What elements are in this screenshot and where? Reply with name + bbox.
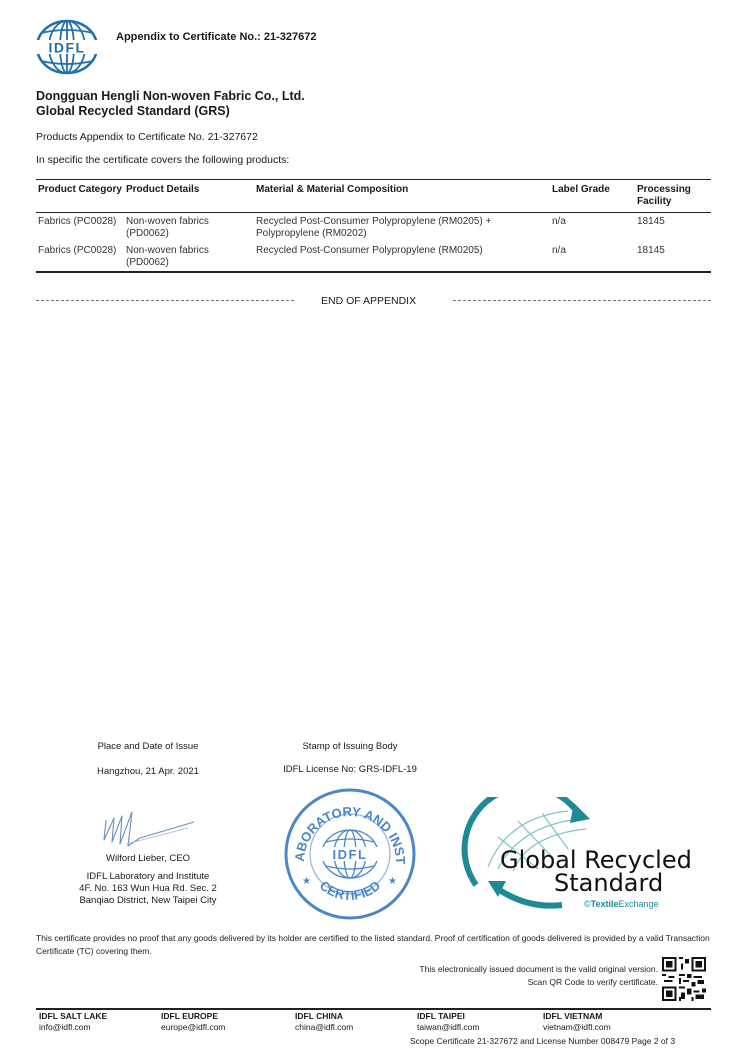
idfl-logo-icon: IDFL — [35, 19, 99, 75]
validity-line-1: This electronically issued document is t… — [380, 963, 658, 976]
footer-divider — [36, 1008, 711, 1010]
svg-text:★: ★ — [388, 876, 397, 887]
license-number: IDFL License No: GRS-IDFL-19 — [260, 764, 440, 775]
office-europe: IDFL EUROPE europe@idfl.com — [161, 1011, 225, 1033]
svg-text:©TextileExchange: ©TextileExchange — [584, 899, 659, 909]
company-block: Dongguan Hengli Non-woven Fabric Co., Lt… — [36, 89, 305, 119]
office-email[interactable]: europe@idfl.com — [161, 1022, 225, 1033]
cell-processing-facility: 18145 — [635, 213, 711, 243]
office-email[interactable]: taiwan@idfl.com — [417, 1022, 479, 1033]
svg-text:★: ★ — [302, 876, 311, 887]
intro-line-2: In specific the certificate covers the f… — [36, 154, 289, 166]
cell-product-details: Non-woven fabrics (PD0062) — [124, 213, 254, 243]
office-email[interactable]: vietnam@idfl.com — [543, 1022, 611, 1033]
cell-material-composition: Recycled Post-Consumer Polypropylene (RM… — [254, 242, 550, 272]
standard-name: Global Recycled Standard (GRS) — [36, 104, 305, 119]
office-email[interactable]: info@idfl.com — [39, 1022, 107, 1033]
dashed-divider-right — [453, 300, 711, 301]
svg-text:IDFL: IDFL — [48, 40, 85, 56]
office-name: IDFL TAIPEI — [417, 1011, 479, 1022]
place-date-label: Place and Date of Issue — [70, 741, 226, 752]
address-line: IDFL Laboratory and Institute — [60, 871, 236, 883]
office-name: IDFL EUROPE — [161, 1011, 225, 1022]
cell-processing-facility: 18145 — [635, 242, 711, 272]
dashed-divider-left — [36, 300, 294, 301]
office-name: IDFL SALT LAKE — [39, 1011, 107, 1022]
end-of-appendix-label: END OF APPENDIX — [321, 295, 416, 307]
cell-product-details: Non-woven fabrics (PD0062) — [124, 242, 254, 272]
validity-note: This electronically issued document is t… — [380, 963, 658, 989]
office-email[interactable]: china@idfl.com — [295, 1022, 353, 1033]
svg-text:IDFL: IDFL — [333, 847, 368, 862]
cell-label-grade: n/a — [550, 242, 635, 272]
issuer-address: IDFL Laboratory and Institute 4F. No. 16… — [60, 871, 236, 907]
svg-text:CERTIFIED: CERTIFIED — [317, 878, 383, 903]
cell-product-category: Fabrics (PC0028) — [36, 242, 124, 272]
signature-icon — [98, 808, 198, 850]
address-line: Banqiao District, New Taipei City — [60, 895, 236, 907]
certified-stamp-icon: IDFL LABORATORY AND INSTITUTE CERTIFIED … — [282, 786, 418, 922]
intro-line-1: Products Appendix to Certificate No. 21-… — [36, 131, 258, 143]
place-date-value: Hangzhou, 21 Apr. 2021 — [70, 766, 226, 777]
grs-logo-icon: Global Recycled Standard ©TextileExchang… — [458, 797, 698, 915]
validity-line-2: Scan QR Code to verify certificate. — [380, 976, 658, 989]
cell-label-grade: n/a — [550, 213, 635, 243]
header-material-composition: Material & Material Composition — [254, 180, 550, 213]
stamp-label: Stamp of Issuing Body — [270, 741, 430, 752]
office-salt-lake: IDFL SALT LAKE info@idfl.com — [39, 1011, 107, 1033]
office-name: IDFL VIETNAM — [543, 1011, 611, 1022]
svg-text:Standard: Standard — [554, 869, 663, 897]
disclaimer-text: This certificate provides no proof that … — [36, 932, 716, 958]
header-product-category: Product Category — [36, 180, 124, 213]
header-label-grade: Label Grade — [550, 180, 635, 213]
table-row: Fabrics (PC0028) Non-woven fabrics (PD00… — [36, 242, 711, 272]
office-name: IDFL CHINA — [295, 1011, 353, 1022]
office-vietnam: IDFL VIETNAM vietnam@idfl.com — [543, 1011, 611, 1033]
scope-page-footer: Scope Certificate 21-327672 and License … — [410, 1036, 675, 1046]
cell-product-category: Fabrics (PC0028) — [36, 213, 124, 243]
appendix-title: Appendix to Certificate No.: 21-327672 — [116, 31, 317, 43]
address-line: 4F. No. 163 Wun Hua Rd. Sec. 2 — [60, 883, 236, 895]
qr-code-icon[interactable] — [662, 957, 706, 1001]
company-name: Dongguan Hengli Non-woven Fabric Co., Lt… — [36, 89, 305, 104]
office-taipei: IDFL TAIPEI taiwan@idfl.com — [417, 1011, 479, 1033]
table-header-row: Product Category Product Details Materia… — [36, 180, 711, 213]
header-processing-facility: Processing Facility — [635, 180, 711, 213]
signer-name: Wilford Lieber, CEO — [70, 853, 226, 864]
products-table: Product Category Product Details Materia… — [36, 179, 711, 273]
cell-material-composition: Recycled Post-Consumer Polypropylene (RM… — [254, 213, 550, 243]
header-product-details: Product Details — [124, 180, 254, 213]
office-china: IDFL CHINA china@idfl.com — [295, 1011, 353, 1033]
table-row: Fabrics (PC0028) Non-woven fabrics (PD00… — [36, 213, 711, 243]
